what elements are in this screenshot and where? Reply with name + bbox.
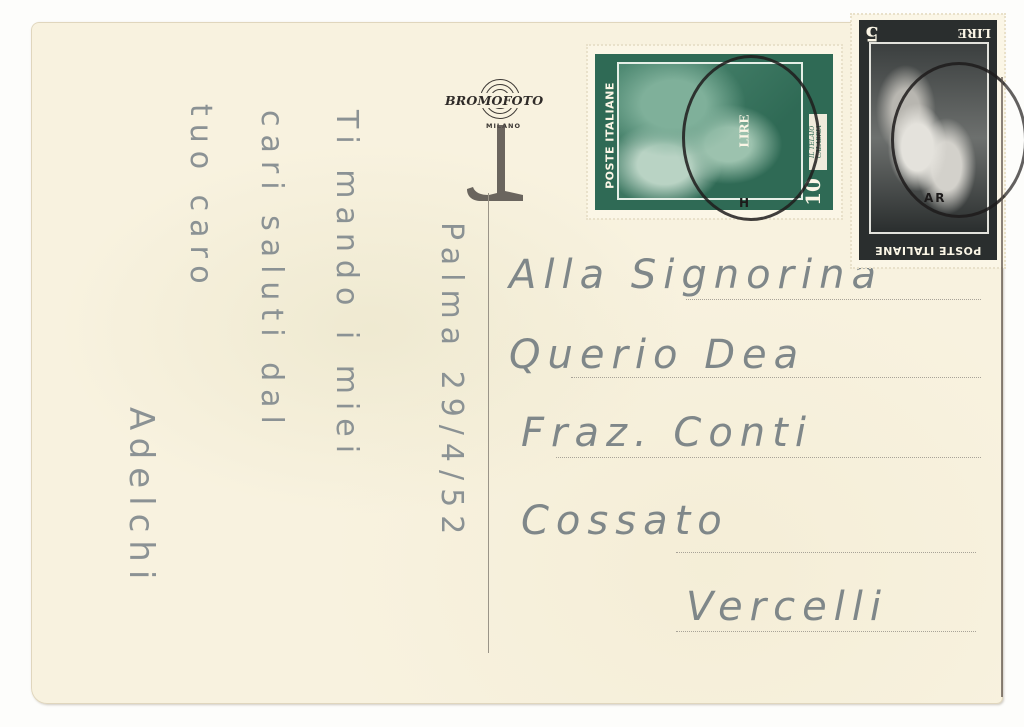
address-line-1: [686, 299, 981, 300]
message-signature: Adelchi: [121, 407, 161, 587]
stamp-country-text: POSTE ITALIANE: [604, 76, 617, 196]
address-line-4: [676, 552, 976, 553]
postmark-text: AR: [924, 191, 947, 205]
address-town-line: Cossato: [521, 498, 729, 544]
address-province-line: Vercelli: [686, 584, 888, 630]
address-line-3: [556, 457, 981, 458]
message-line-1: Ti mando i miei: [329, 110, 364, 461]
publisher-name: BROMOFOTO: [444, 93, 544, 108]
postmark-cancellation-1: H: [682, 55, 820, 221]
address-name-line: Querio Dea: [509, 332, 805, 378]
postcard-back: BROMOFOTO MILANO Palma 29/4/52 Ti mando …: [31, 22, 1003, 704]
address-line-5: [676, 631, 976, 632]
stamp-value: 5: [865, 22, 879, 46]
address-locality-line: Fraz. Conti: [521, 410, 813, 456]
postmark-text: H: [739, 196, 751, 210]
message-address-divider: [488, 193, 489, 653]
message-line-2: cari saluti dal: [254, 110, 289, 432]
message-line-3: tuo caro: [183, 104, 218, 292]
address-recipient-line: Alla Signorina: [509, 252, 883, 298]
postage-due-t-stamp-icon: [461, 117, 531, 207]
stamp-country-text: POSTE ITALIANE: [863, 244, 993, 257]
message-place-date: Palma 29/4/52: [434, 222, 469, 542]
postmark-cancellation-2: AR: [891, 62, 1024, 218]
stamp-currency: LIRE: [865, 26, 991, 40]
